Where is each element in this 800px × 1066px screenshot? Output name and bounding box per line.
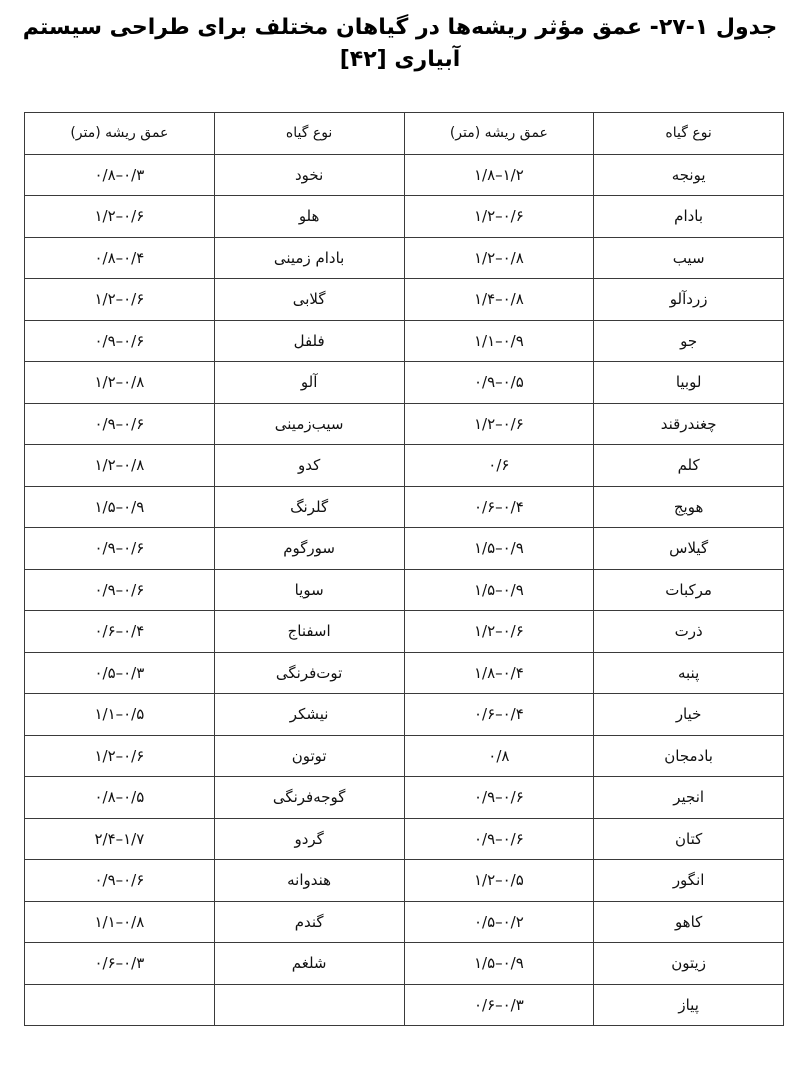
root-depth-cell-text: ۱/۱–۰/۸: [94, 913, 144, 931]
root-depth-cell-text: ۰/۶: [488, 456, 509, 474]
root-depth-cell-text: ۰/۸–۰/۵: [94, 788, 144, 806]
root-depth-cell-text: ۱/۲–۰/۶: [94, 747, 144, 765]
root-depth-cell: ۰/۹–۰/۶: [25, 320, 215, 362]
root-depth-cell-text: ۰/۹–۰/۵: [474, 373, 524, 391]
plant-name-cell: نیشکر: [214, 694, 404, 736]
plant-name-cell-text: جو: [680, 332, 697, 350]
plant-name-cell-text: زردآلو: [670, 290, 708, 308]
header-plant-type-a: نوع گیاه: [594, 113, 784, 155]
plant-name-cell-text: بادام: [674, 207, 703, 225]
table-row: گیلاس۱/۵–۰/۹سورگوم۰/۹–۰/۶: [25, 528, 784, 570]
plant-name-cell-text: پنبه: [678, 664, 699, 682]
table-row: انگور۱/۲–۰/۵هندوانه۰/۹–۰/۶: [25, 860, 784, 902]
root-depth-cell: ۰/۶–۰/۳: [25, 943, 215, 985]
plant-name-cell-text: توتون: [292, 747, 327, 765]
root-depth-cell: ۰/۶–۰/۴: [25, 611, 215, 653]
plant-name-cell-text: گیلاس: [669, 539, 708, 557]
header-plant-type-b: نوع گیاه: [214, 113, 404, 155]
root-depth-cell-text: ۱/۸–۰/۴: [474, 664, 524, 682]
plant-name-cell-text: کتان: [675, 830, 702, 848]
root-depth-cell-text: ۰/۶–۰/۳: [94, 954, 144, 972]
root-depth-cell: ۱/۲–۰/۶: [25, 196, 215, 238]
table-row: پنبه۱/۸–۰/۴توت‌فرنگی۰/۵–۰/۳: [25, 652, 784, 694]
root-depth-cell: ۱/۱–۰/۵: [25, 694, 215, 736]
plant-name-cell: سیب‌زمینی: [214, 403, 404, 445]
root-depth-cell-text: ۱/۲–۰/۶: [94, 207, 144, 225]
plant-name-cell-text: چغندرقند: [661, 415, 717, 433]
root-depth-cell: ۱/۵–۰/۹: [404, 528, 594, 570]
table-caption: جدول ۱-۲۷- عمق مؤثر ریشه‌ها در گیاهان مخ…: [0, 12, 800, 76]
plant-name-cell-text: سویا: [295, 581, 324, 599]
root-depth-cell: ۱/۵–۰/۹: [404, 943, 594, 985]
root-depth-cell: ۰/۶–۰/۴: [404, 486, 594, 528]
root-depth-cell: ۰/۵–۰/۳: [25, 652, 215, 694]
plant-name-cell: یونجه: [594, 154, 784, 196]
table-row: بادمجان۰/۸توتون۱/۲–۰/۶: [25, 735, 784, 777]
plant-name-cell: گوجه‌فرنگی: [214, 777, 404, 819]
root-depth-cell-text: ۰/۹–۰/۶: [474, 788, 524, 806]
table-row: زردآلو۱/۴–۰/۸گلابی۱/۲–۰/۶: [25, 279, 784, 321]
plant-name-cell-text: گلابی: [293, 290, 326, 308]
plant-name-cell-text: بادمجان: [664, 747, 713, 765]
root-depth-cell: ۱/۲–۰/۶: [25, 279, 215, 321]
root-depth-cell-text: ۰/۶–۰/۳: [474, 996, 524, 1014]
root-depth-cell: ۰/۵–۰/۲: [404, 901, 594, 943]
root-depth-cell-text: ۱/۸–۱/۲: [474, 166, 524, 184]
root-depth-cell: ۰/۸–۰/۳: [25, 154, 215, 196]
root-depth-cell: ۱/۲–۰/۶: [404, 403, 594, 445]
plant-name-cell: سورگوم: [214, 528, 404, 570]
root-depth-cell-text: ۰/۵–۰/۲: [474, 913, 524, 931]
root-depth-cell-text: ۰/۹–۰/۶: [94, 415, 144, 433]
root-depth-cell: ۰/۹–۰/۶: [25, 403, 215, 445]
root-depth-cell: [25, 984, 215, 1026]
root-depth-cell: ۱/۵–۰/۹: [25, 486, 215, 528]
root-depth-cell-text: ۱/۵–۰/۹: [474, 539, 524, 557]
root-depth-cell-text: ۰/۶–۰/۴: [94, 622, 144, 640]
table-row: جو۱/۱–۰/۹فلفل۰/۹–۰/۶: [25, 320, 784, 362]
plant-name-cell-text: کلم: [678, 456, 700, 474]
table-body: یونجه۱/۸–۱/۲نخود۰/۸–۰/۳بادام۱/۲–۰/۶هلو۱/…: [25, 154, 784, 1026]
root-depth-cell: ۱/۲–۰/۸: [404, 237, 594, 279]
plant-name-cell-text: توت‌فرنگی: [276, 664, 342, 682]
plant-name-cell-text: خیار: [676, 705, 702, 723]
plant-name-cell: کتان: [594, 818, 784, 860]
plant-name-cell: اسفناج: [214, 611, 404, 653]
root-depth-cell-text: ۱/۲–۰/۵: [474, 871, 524, 889]
plant-name-cell: هلو: [214, 196, 404, 238]
root-depth-cell-text: ۱/۲–۰/۸: [94, 373, 144, 391]
plant-name-cell: کدو: [214, 445, 404, 487]
root-depth-cell: ۰/۶: [404, 445, 594, 487]
root-depth-cell: ۰/۹–۰/۶: [25, 860, 215, 902]
root-depth-cell-text: ۲/۴–۱/۷: [94, 830, 144, 848]
plant-name-cell-text: فلفل: [294, 332, 325, 350]
table-row: هویج۰/۶–۰/۴گلرنگ۱/۵–۰/۹: [25, 486, 784, 528]
table-row: یونجه۱/۸–۱/۲نخود۰/۸–۰/۳: [25, 154, 784, 196]
plant-name-cell: زردآلو: [594, 279, 784, 321]
plant-name-cell: گیلاس: [594, 528, 784, 570]
plant-name-cell: سیب: [594, 237, 784, 279]
plant-name-cell-text: هویج: [674, 498, 704, 516]
root-depth-cell-text: ۱/۴–۰/۸: [474, 290, 524, 308]
root-depth-cell-text: ۰/۶–۰/۴: [474, 705, 524, 723]
root-depth-cell-text: ۱/۲–۰/۸: [94, 456, 144, 474]
plant-name-cell: توت‌فرنگی: [214, 652, 404, 694]
root-depth-cell-text: ۱/۲–۰/۶: [474, 415, 524, 433]
root-depth-cell: ۱/۴–۰/۸: [404, 279, 594, 321]
plant-name-cell: انگور: [594, 860, 784, 902]
header-root-depth-b: عمق ریشه (متر): [25, 113, 215, 155]
root-depth-cell-text: ۱/۱–۰/۵: [94, 705, 144, 723]
plant-name-cell-text: هندوانه: [287, 871, 331, 889]
plant-name-cell: خیار: [594, 694, 784, 736]
plant-name-cell: شلغم: [214, 943, 404, 985]
plant-name-cell-text: گلرنگ: [290, 498, 328, 516]
plant-name-cell: بادام زمینی: [214, 237, 404, 279]
table-row: کتان۰/۹–۰/۶گردو۲/۴–۱/۷: [25, 818, 784, 860]
root-depth-cell: ۱/۲–۰/۶: [404, 196, 594, 238]
root-depth-cell: ۱/۲–۰/۵: [404, 860, 594, 902]
plant-name-cell: زیتون: [594, 943, 784, 985]
plant-name-cell-text: اسفناج: [288, 622, 331, 640]
plant-name-cell-text: سیب: [673, 249, 705, 267]
plant-name-cell-text: نخود: [295, 166, 323, 184]
plant-name-cell-text: آلو: [301, 373, 318, 391]
plant-name-cell-text: سورگوم: [283, 539, 335, 557]
root-depth-table: نوع گیاه عمق ریشه (متر) نوع گیاه عمق ریش…: [24, 112, 784, 1026]
root-depth-cell-text: ۰/۹–۰/۶: [94, 581, 144, 599]
root-depth-cell-text: ۱/۲–۰/۶: [474, 622, 524, 640]
root-depth-cell-text: ۰/۸–۰/۴: [94, 249, 144, 267]
root-depth-cell: ۱/۱–۰/۹: [404, 320, 594, 362]
plant-name-cell-text: شلغم: [292, 954, 327, 972]
root-depth-cell: ۰/۹–۰/۶: [404, 818, 594, 860]
plant-name-cell-text: انجیر: [673, 788, 704, 806]
plant-name-cell-text: لوبیا: [676, 373, 702, 391]
plant-name-cell: گندم: [214, 901, 404, 943]
plant-name-cell: آلو: [214, 362, 404, 404]
table-row: کاهو۰/۵–۰/۲گندم۱/۱–۰/۸: [25, 901, 784, 943]
table-row: لوبیا۰/۹–۰/۵آلو۱/۲–۰/۸: [25, 362, 784, 404]
root-depth-cell-text: ۰/۹–۰/۶: [94, 871, 144, 889]
root-depth-cell: ۰/۹–۰/۶: [25, 569, 215, 611]
root-depth-cell: ۰/۶–۰/۴: [404, 694, 594, 736]
root-depth-cell-text: ۱/۵–۰/۹: [474, 581, 524, 599]
header-root-depth-a: عمق ریشه (متر): [404, 113, 594, 155]
plant-name-cell-text: گردو: [294, 830, 323, 848]
plant-name-cell: جو: [594, 320, 784, 362]
plant-name-cell: لوبیا: [594, 362, 784, 404]
table-row: انجیر۰/۹–۰/۶گوجه‌فرنگی۰/۸–۰/۵: [25, 777, 784, 819]
root-depth-cell: ۰/۸–۰/۴: [25, 237, 215, 279]
plant-name-cell-text: کاهو: [675, 913, 702, 931]
root-depth-cell-text: ۱/۵–۰/۹: [474, 954, 524, 972]
plant-name-cell-text: یونجه: [672, 166, 706, 184]
table-row: مرکبات۱/۵–۰/۹سویا۰/۹–۰/۶: [25, 569, 784, 611]
plant-name-cell: چغندرقند: [594, 403, 784, 445]
plant-name-cell-text: بادام زمینی: [274, 249, 344, 267]
plant-name-cell-text: زیتون: [671, 954, 706, 972]
table-row: چغندرقند۱/۲–۰/۶سیب‌زمینی۰/۹–۰/۶: [25, 403, 784, 445]
plant-name-cell: پنبه: [594, 652, 784, 694]
table-row: زیتون۱/۵–۰/۹شلغم۰/۶–۰/۳: [25, 943, 784, 985]
plant-name-cell: کاهو: [594, 901, 784, 943]
root-depth-cell-text: ۱/۲–۰/۶: [474, 207, 524, 225]
root-depth-cell-text: ۰/۹–۰/۶: [474, 830, 524, 848]
root-depth-cell: ۱/۱–۰/۸: [25, 901, 215, 943]
plant-name-cell: [214, 984, 404, 1026]
root-depth-cell: ۲/۴–۱/۷: [25, 818, 215, 860]
root-depth-cell: ۱/۲–۰/۶: [25, 735, 215, 777]
root-depth-cell: ۰/۹–۰/۶: [404, 777, 594, 819]
root-depth-cell: ۱/۲–۰/۸: [25, 445, 215, 487]
plant-name-cell: انجیر: [594, 777, 784, 819]
root-depth-cell: ۱/۵–۰/۹: [404, 569, 594, 611]
plant-name-cell: گردو: [214, 818, 404, 860]
root-depth-cell-text: ۱/۱–۰/۹: [474, 332, 524, 350]
table-row: خیار۰/۶–۰/۴نیشکر۱/۱–۰/۵: [25, 694, 784, 736]
plant-name-cell: کلم: [594, 445, 784, 487]
plant-name-cell: پیاز: [594, 984, 784, 1026]
plant-name-cell: نخود: [214, 154, 404, 196]
root-depth-cell: ۱/۸–۱/۲: [404, 154, 594, 196]
plant-name-cell-text: مرکبات: [665, 581, 712, 599]
root-depth-cell-text: ۰/۸–۰/۳: [94, 166, 144, 184]
table-row: بادام۱/۲–۰/۶هلو۱/۲–۰/۶: [25, 196, 784, 238]
plant-name-cell-text: انگور: [673, 871, 705, 889]
root-depth-cell-text: ۰/۵–۰/۳: [94, 664, 144, 682]
plant-name-cell-text: گندم: [295, 913, 324, 931]
plant-name-cell-text: ذرت: [675, 622, 703, 640]
root-depth-cell-text: ۱/۲–۰/۸: [474, 249, 524, 267]
plant-name-cell: سویا: [214, 569, 404, 611]
root-depth-cell: ۱/۲–۰/۸: [25, 362, 215, 404]
plant-name-cell: فلفل: [214, 320, 404, 362]
plant-name-cell-text: هلو: [299, 207, 320, 225]
root-depth-cell: ۰/۹–۰/۶: [25, 528, 215, 570]
plant-name-cell: بادام: [594, 196, 784, 238]
root-depth-cell: ۱/۲–۰/۶: [404, 611, 594, 653]
table-row: ذرت۱/۲–۰/۶اسفناج۰/۶–۰/۴: [25, 611, 784, 653]
plant-name-cell-text: کدو: [298, 456, 320, 474]
plant-name-cell: ذرت: [594, 611, 784, 653]
plant-name-cell-text: گوجه‌فرنگی: [273, 788, 346, 806]
plant-name-cell: هویج: [594, 486, 784, 528]
plant-name-cell: بادمجان: [594, 735, 784, 777]
root-depth-cell-text: ۰/۹–۰/۶: [94, 332, 144, 350]
plant-name-cell-text: نیشکر: [290, 705, 329, 723]
root-depth-cell: ۰/۹–۰/۵: [404, 362, 594, 404]
plant-name-cell: توتون: [214, 735, 404, 777]
root-depth-cell-text: ۰/۶–۰/۴: [474, 498, 524, 516]
table-row: پیاز۰/۶–۰/۳: [25, 984, 784, 1026]
table-row: سیب۱/۲–۰/۸بادام زمینی۰/۸–۰/۴: [25, 237, 784, 279]
plant-name-cell: هندوانه: [214, 860, 404, 902]
root-depth-cell: ۰/۸–۰/۵: [25, 777, 215, 819]
table-row: کلم۰/۶کدو۱/۲–۰/۸: [25, 445, 784, 487]
plant-name-cell-text: سیب‌زمینی: [275, 415, 344, 433]
root-depth-cell: ۰/۶–۰/۳: [404, 984, 594, 1026]
table-header-row: نوع گیاه عمق ریشه (متر) نوع گیاه عمق ریش…: [25, 113, 784, 155]
root-depth-cell-text: ۱/۲–۰/۶: [94, 290, 144, 308]
root-depth-cell-text: ۱/۵–۰/۹: [94, 498, 144, 516]
root-depth-cell-text: ۰/۸: [488, 747, 509, 765]
plant-name-cell: گلرنگ: [214, 486, 404, 528]
plant-name-cell: گلابی: [214, 279, 404, 321]
root-depth-cell: ۰/۸: [404, 735, 594, 777]
root-depth-cell-text: ۰/۹–۰/۶: [94, 539, 144, 557]
plant-name-cell-text: پیاز: [678, 996, 699, 1014]
plant-name-cell: مرکبات: [594, 569, 784, 611]
root-depth-cell: ۱/۸–۰/۴: [404, 652, 594, 694]
